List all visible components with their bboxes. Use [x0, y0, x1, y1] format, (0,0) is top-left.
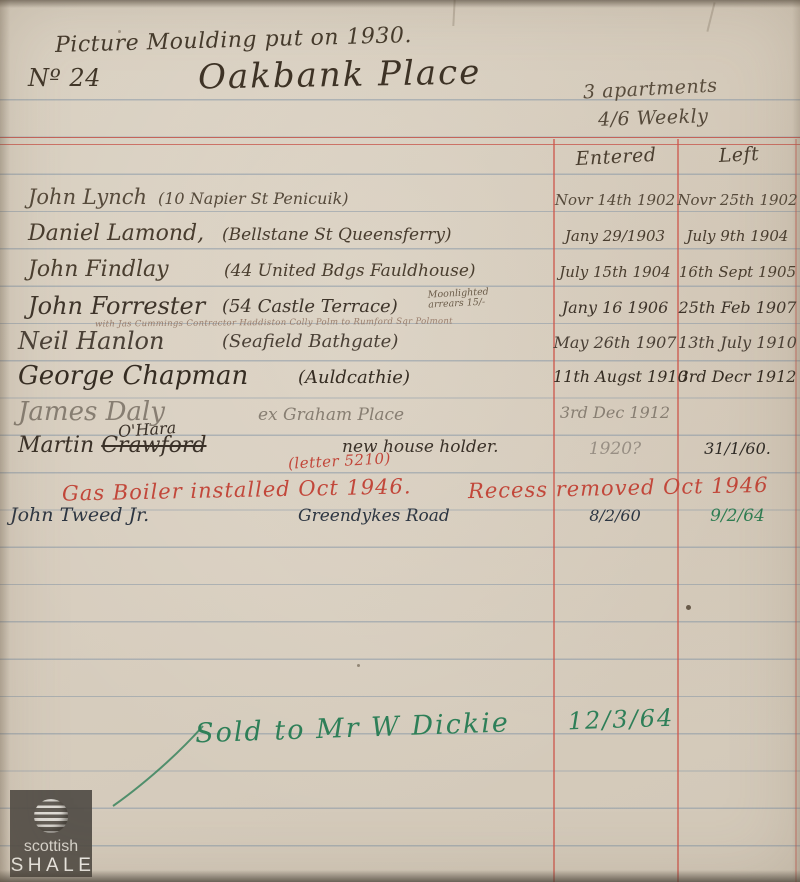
tenant-address: (10 Napier St Penicuik)	[158, 189, 349, 208]
paper-speck	[686, 605, 691, 610]
page-edge-shadow-left	[0, 0, 10, 882]
tenant-name: Neil Hanlon	[18, 327, 164, 355]
tenant-name: John Lynch	[28, 185, 147, 209]
paper-speck	[357, 664, 360, 667]
date-entered: 8/2/60	[553, 506, 677, 525]
date-left: 31/1/60.	[677, 439, 798, 458]
tenant-row-lynch: John Lynch (10 Napier St Penicuik) Novr …	[0, 185, 800, 221]
tenant-address: (Auldcathie)	[298, 367, 410, 388]
house-number: Nº 24	[28, 64, 101, 92]
inserted-surname: O'Hara	[117, 418, 176, 441]
tenant-first-name: Martin	[18, 433, 94, 458]
moonlight-annotation: Moonlighted arrears 15/-	[428, 287, 490, 310]
watermark-text-top: scottish	[24, 839, 78, 855]
date-entered: Novr 14th 1902	[553, 191, 677, 209]
date-entered: Jany 29/1903	[553, 227, 677, 245]
date-left: 13th July 1910	[677, 333, 798, 352]
tenant-address: Greendykes Road	[298, 506, 450, 526]
tenant-row-findlay: John Findlay (44 United Bdgs Fauldhouse)…	[0, 257, 800, 293]
tenant-name: Daniel Lamond,	[28, 221, 204, 246]
tenant-address: (Bellstane St Queensferry)	[222, 225, 452, 245]
tenant-row-hanlon: Neil Hanlon (Seafield Bathgate) May 26th…	[0, 327, 800, 363]
date-left: July 9th 1904	[677, 227, 798, 245]
tenant-row-ohara: Martin Crawford O'Hara new house holder.…	[0, 433, 800, 469]
tenant-row-tweed: John Tweed Jr. Greendykes Road 8/2/60 9/…	[0, 504, 800, 540]
tenant-address: (54 Castle Terrace)	[222, 296, 398, 317]
tenant-address: (44 United Bdgs Fauldhouse)	[224, 261, 476, 281]
sold-note-date: 12/3/64	[567, 704, 674, 736]
tenant-row-chapman: George Chapman (Auldcathie) 11th Augst 1…	[0, 361, 800, 397]
street-name: Oakbank Place	[198, 53, 482, 98]
ledger-page: Picture Moulding put on 1930. Nº 24 Oakb…	[0, 0, 800, 882]
page-edge-shadow-bottom	[0, 870, 800, 882]
tenant-address: (Seafield Bathgate)	[222, 331, 398, 352]
page-edge-shadow-top	[0, 0, 800, 8]
date-left: 9/2/64	[677, 506, 798, 526]
date-entered: 11th Augst 1910	[553, 367, 677, 386]
scottish-shale-watermark: scottish SHALE	[10, 790, 92, 877]
tenant-address: ex Graham Place	[258, 405, 404, 425]
rent-note: 4/6 Weekly	[598, 105, 709, 131]
tenant-row-lamond: Daniel Lamond, (Bellstane St Queensferry…	[0, 221, 800, 257]
date-entered: 1920?	[553, 439, 677, 459]
page-edge-shadow-right	[792, 0, 800, 882]
date-entered: Jany 16 1906	[553, 298, 677, 317]
date-left: 3rd Decr 1912	[677, 367, 798, 386]
shale-globe-icon	[34, 799, 68, 833]
date-entered: 3rd Dec 1912	[553, 403, 677, 422]
moulding-annotation: Picture Moulding put on 1930.	[55, 23, 413, 58]
tenant-name: Martin Crawford	[18, 433, 207, 458]
tenant-name: John Tweed Jr.	[10, 504, 149, 526]
date-entered: July 15th 1904	[553, 263, 677, 281]
date-left: 25th Feb 1907	[677, 298, 798, 317]
date-left: 16th Sept 1905	[677, 263, 798, 281]
red-header-rule	[0, 137, 800, 145]
tenant-name: John Forrester	[28, 292, 205, 320]
tenant-name: George Chapman	[18, 361, 248, 391]
date-left: Novr 25th 1902	[677, 191, 798, 209]
tenant-name: John Findlay	[28, 257, 169, 282]
date-entered: May 26th 1907	[553, 333, 677, 352]
